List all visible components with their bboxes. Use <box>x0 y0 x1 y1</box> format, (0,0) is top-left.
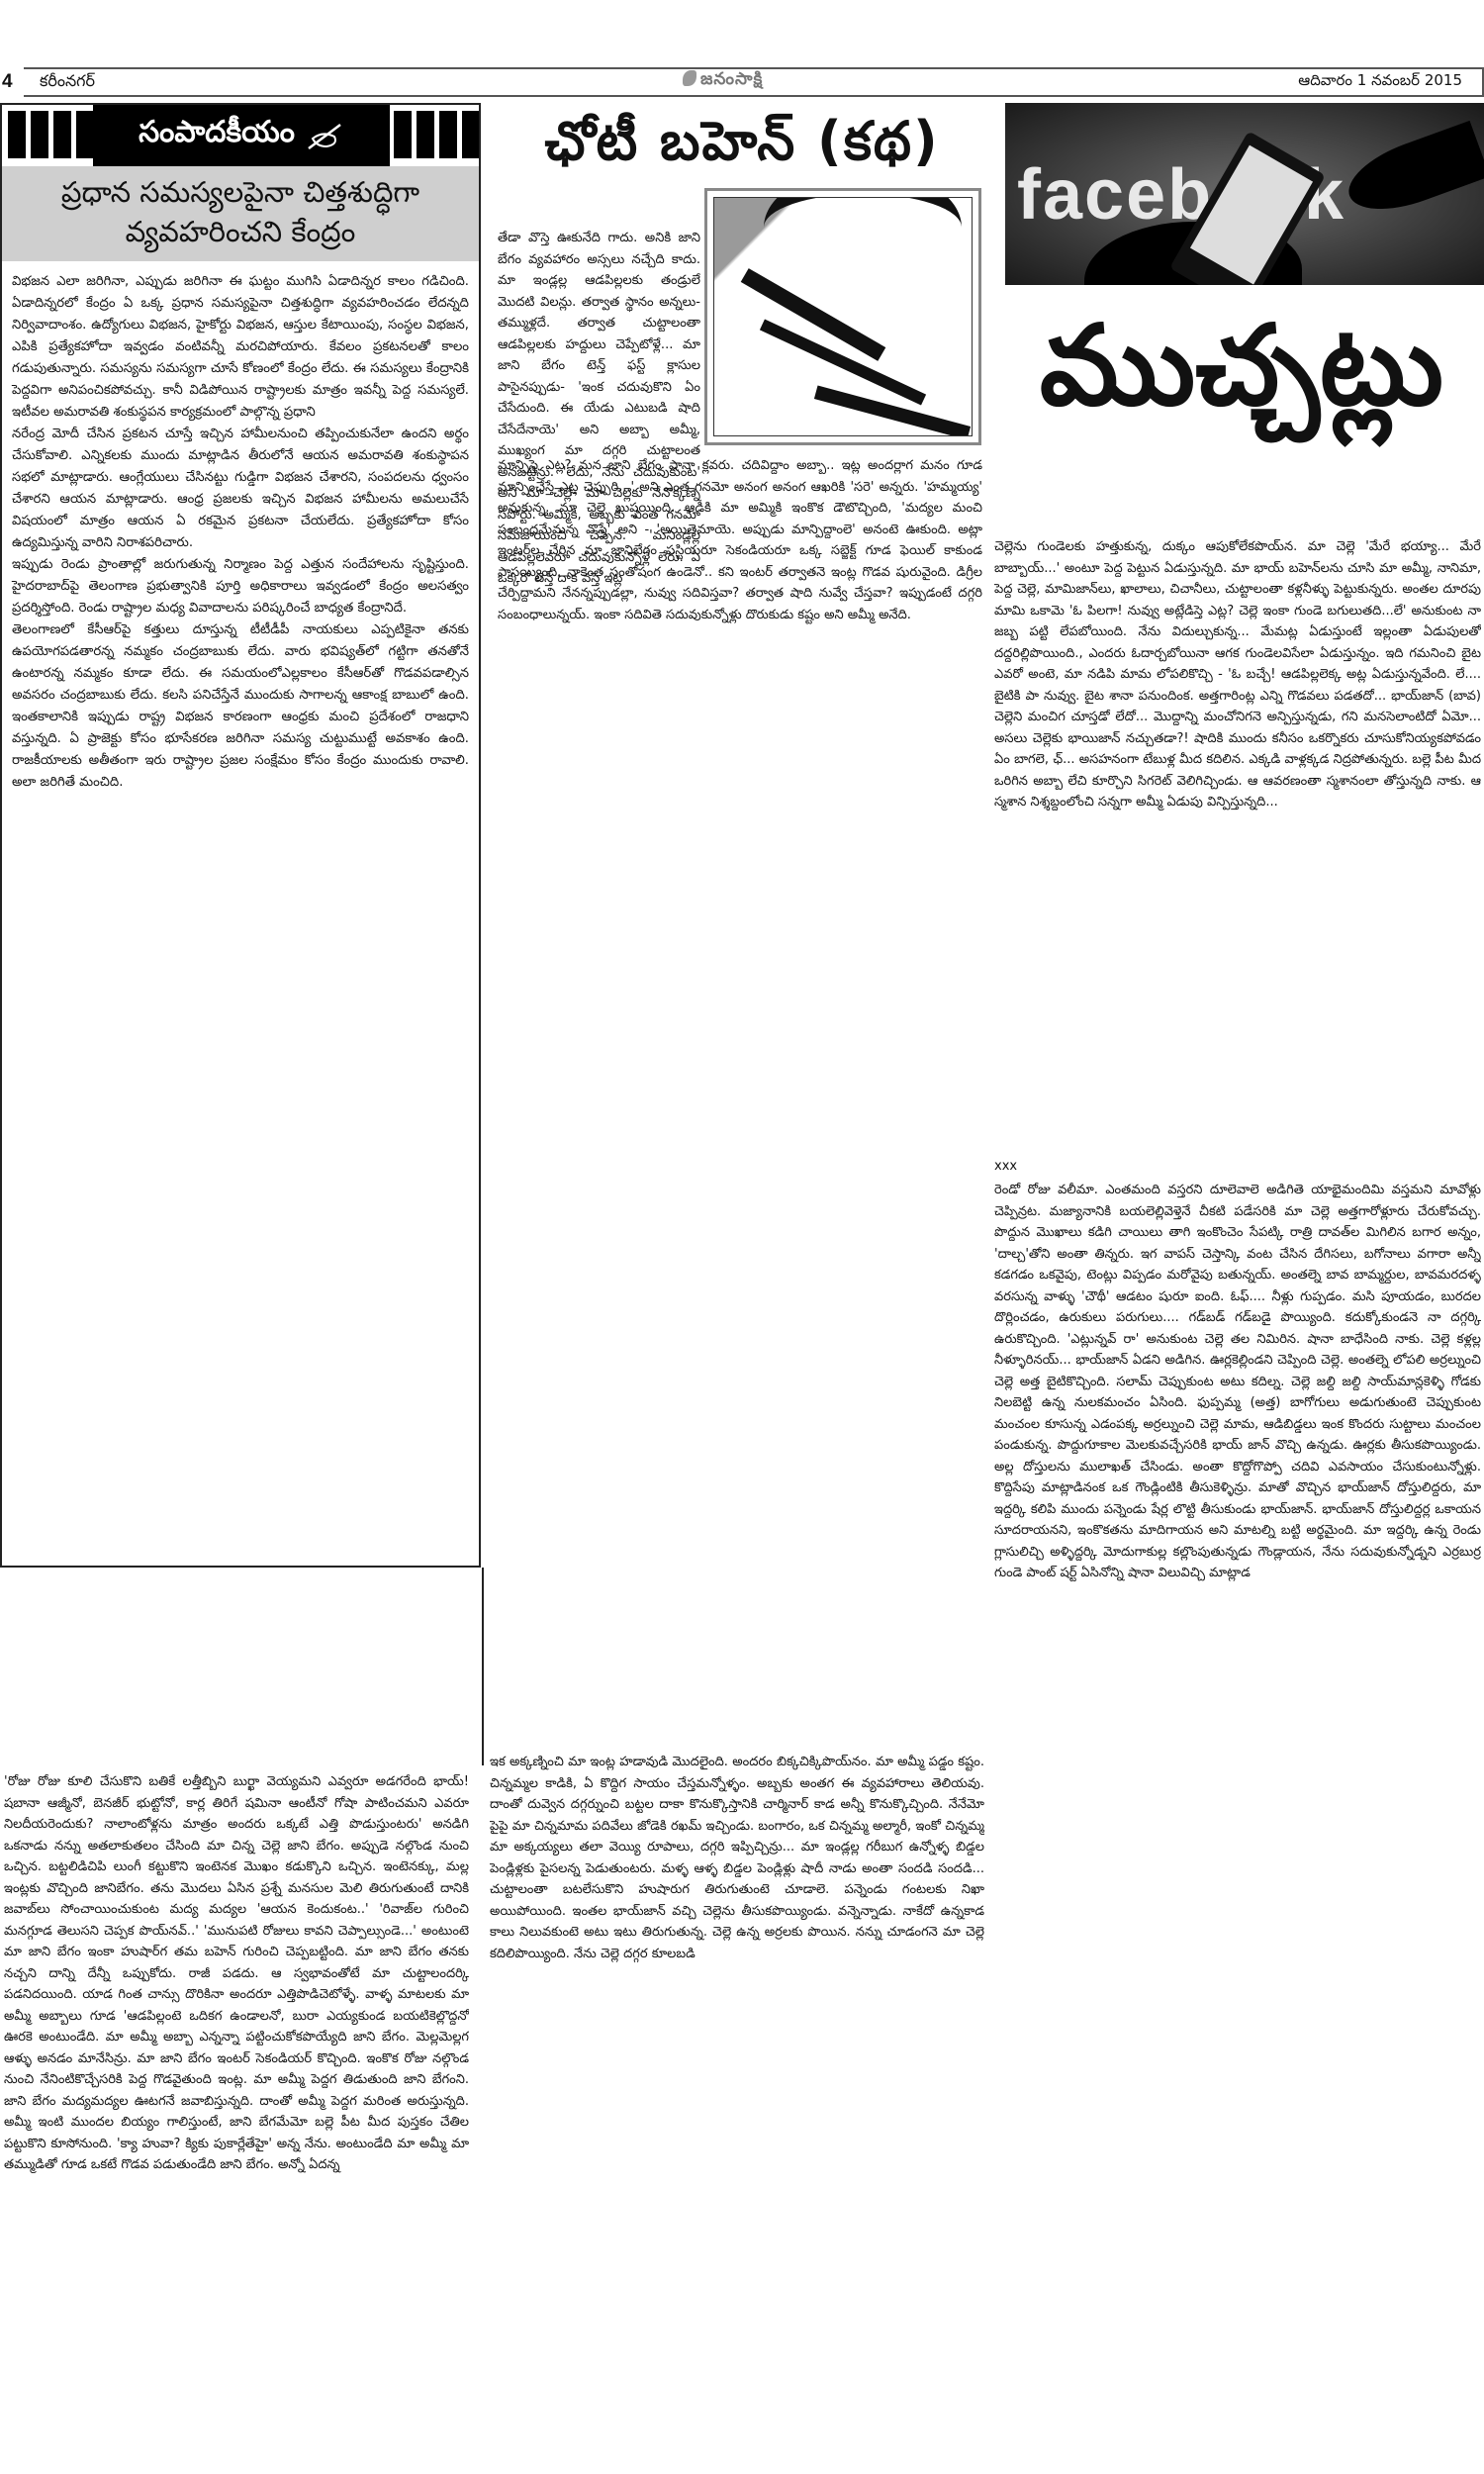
story-column-right-2: రెండో రోజు వలీమా. ఎంతమంది వస్తరని దూలెవా… <box>994 1180 1481 2466</box>
column-divider <box>482 1568 484 1765</box>
pointing-finger-silhouette <box>1340 121 1484 224</box>
editorial-paragraph: విభజన ఎలా జరిగినా, ఎప్పుడు జరిగినా ఈ ఘట్… <box>12 271 469 424</box>
facebook-photo: facebook <box>1005 103 1484 285</box>
editorial-body: విభజన ఎలా జరిగినా, ఎప్పుడు జరిగినా ఈ ఘట్… <box>2 261 479 804</box>
banner-stripes-right <box>394 111 480 158</box>
editorial-label-box: సంపాదకీయం <box>93 105 390 166</box>
section-name: కరీంనగర్ <box>40 71 95 94</box>
editorial-banner: సంపాదకీయం <box>2 105 479 166</box>
paper-name: జనంసాక్షి <box>700 69 763 89</box>
editorial-paragraph: నరేంద్ర మోదీ చేసిన ప్రకటన చూస్తే ఇచ్చిన … <box>12 424 469 554</box>
story-illustration <box>704 188 981 445</box>
story-column-middle-lower: ఇక అక్కణ్నించి మా ఇంట్ల హడావుడి మొదలైంది… <box>490 1752 984 2464</box>
page-number: 4 <box>2 71 13 93</box>
story-title: ఛోటీ బహెన్ (కథ) <box>495 103 989 180</box>
editorial-paragraph: తెలంగాణలో కేసీఆర్‌పై కత్తులు దూస్తున్న ట… <box>12 619 469 794</box>
facebook-headline: ముచ్చట్లు <box>999 297 1484 435</box>
editorial-headline: ప్రధాన సమస్యలపైనా చిత్తశుద్ధిగా వ్యవహరిం… <box>2 166 479 261</box>
paper-logo: జనంసాక్షి <box>683 69 763 93</box>
logo-leaf-icon <box>683 70 696 86</box>
story-column-left-lower: 'రోజు రోజు కూలి చేసుకొని బతికే లత్తీబ్బి… <box>4 1771 469 2464</box>
veiled-woman-image <box>713 197 973 436</box>
writing-hand-icon <box>305 121 344 150</box>
editorial-section: సంపాదకీయం ప్రధాన సమస్యలపైనా చిత్తశుద్ధిగ… <box>0 103 481 1568</box>
banner-stripes-left <box>8 111 94 158</box>
story-column-right: చెల్లెను గుండెలకు హత్తుకున్న, దుక్కం ఆపు… <box>994 536 1481 1076</box>
story-column-main: మాన్పిస్తె ఎట్ల? మన జాని బేగం షానా క్లవర… <box>498 455 982 1761</box>
section-break: xxx <box>994 1156 1073 1178</box>
issue-date: ఆదివారం 1 నవంబర్ 2015 <box>1298 71 1462 93</box>
editorial-label: సంపాదకీయం <box>139 115 295 156</box>
editorial-paragraph: ఇప్పుడు రెండు ప్రాంతాల్లో జరుగుతున్న నిర… <box>12 554 469 619</box>
